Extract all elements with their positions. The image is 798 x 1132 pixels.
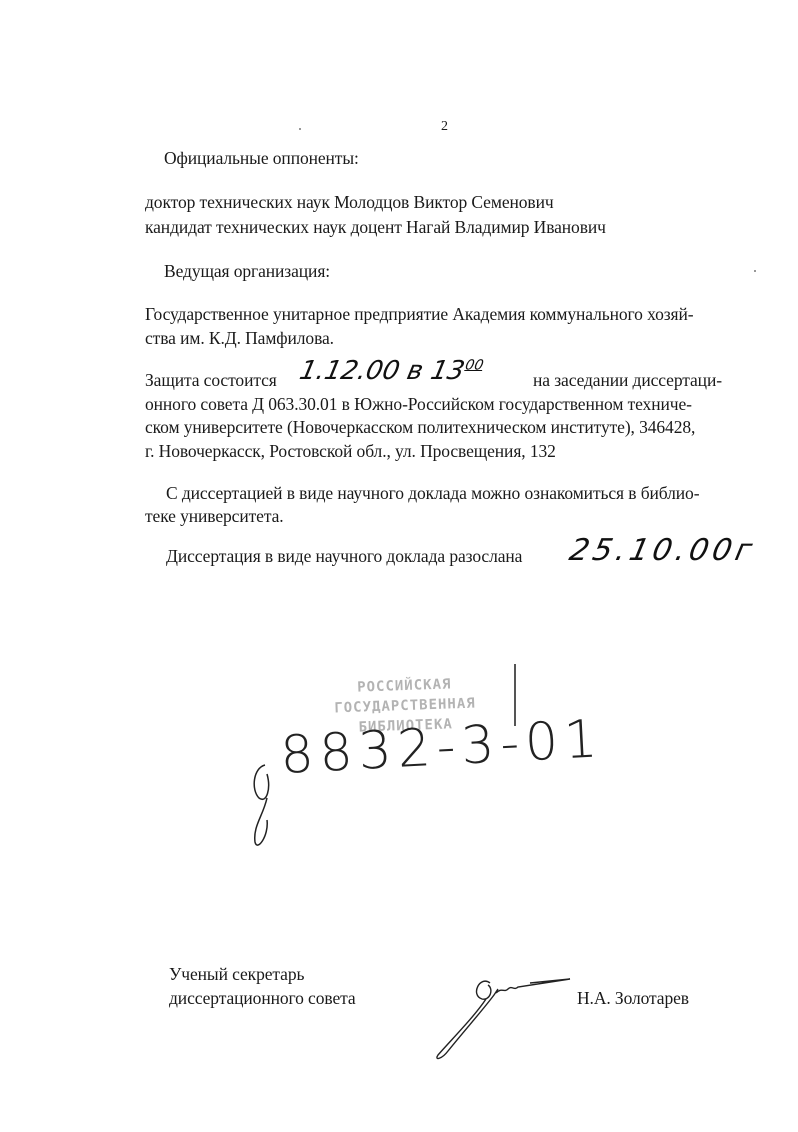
secretary-title-line1: Ученый секретарь: [169, 963, 304, 985]
opponent-line: кандидат технических наук доцент Нагай В…: [145, 216, 606, 238]
defense-line: онного совета Д 063.30.01 в Южно-Российс…: [145, 393, 692, 415]
leading-org-heading: Ведущая организация:: [164, 260, 330, 282]
defense-suffix: на заседании диссертаци-: [533, 369, 722, 391]
handwritten-mark: [245, 760, 285, 860]
handwritten-defense-date: 1.12.00 в 1300: [297, 356, 485, 386]
secretary-name: Н.А. Золотарев: [577, 987, 689, 1009]
signature: [430, 965, 580, 1065]
leading-org-line: ства им. К.Д. Памфилова.: [145, 327, 334, 349]
secretary-title-line2: диссертационного совета: [169, 987, 356, 1009]
leading-org-line: Государственное унитарное предприятие Ак…: [145, 303, 694, 325]
dispatch-text: Диссертация в виде научного доклада разо…: [166, 545, 522, 567]
library-line: теке университета.: [145, 505, 284, 527]
page-number: 2: [441, 116, 448, 138]
handwritten-dispatch-date: 25.10.00г: [566, 533, 759, 568]
handwritten-defense-date-text: 1.12.00 в 13: [297, 356, 468, 386]
scan-speck: [299, 128, 301, 130]
library-line: С диссертацией в виде научного доклада м…: [166, 482, 699, 504]
defense-line: ском университете (Новочеркасском полите…: [145, 416, 695, 438]
opponents-heading: Официальные оппоненты:: [164, 147, 359, 169]
defense-line: г. Новочеркасск, Ростовской обл., ул. Пр…: [145, 440, 556, 462]
handwritten-defense-time-sup: 00: [464, 357, 485, 373]
opponent-line: доктор технических наук Молодцов Виктор …: [145, 191, 554, 213]
scan-speck: [754, 270, 756, 272]
defense-prefix: Защита состоится: [145, 369, 277, 391]
